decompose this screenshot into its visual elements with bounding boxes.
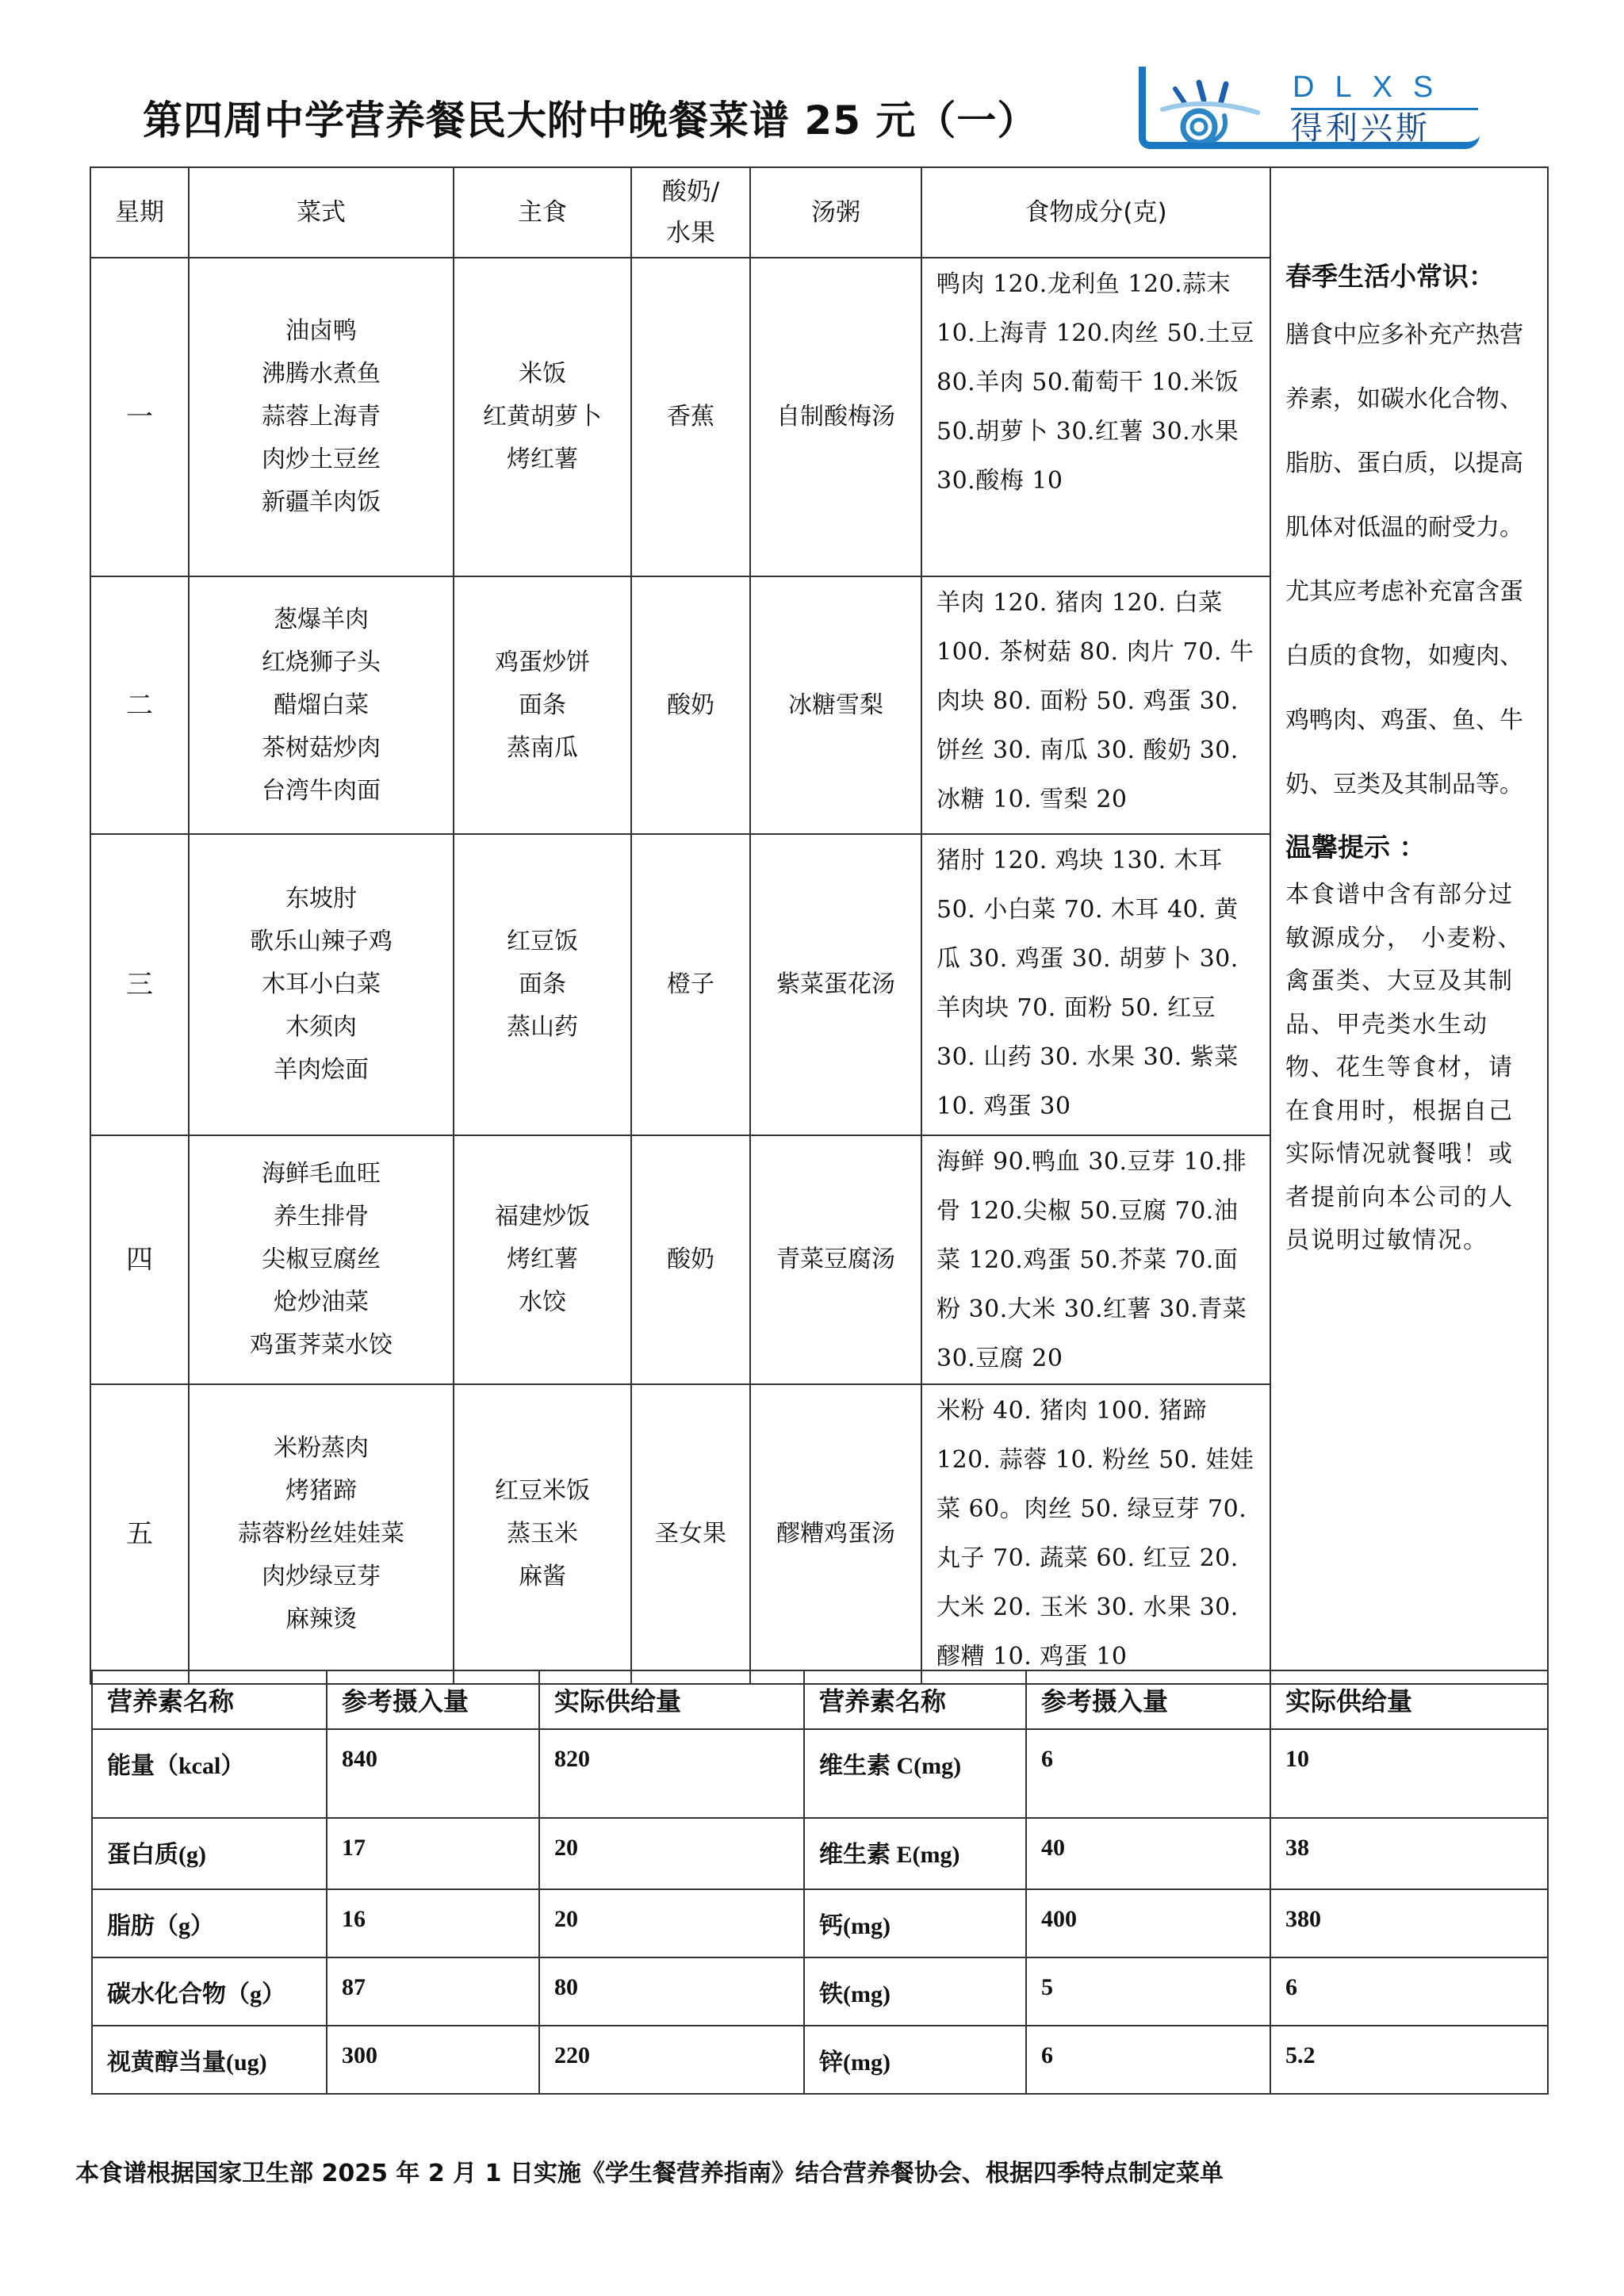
actual-value: 38: [1270, 1818, 1548, 1889]
dishes-cell: 葱爆羊肉 红烧狮子头 醋熘白菜 茶树菇炒肉 台湾牛肉面: [189, 576, 454, 834]
day-cell: 三: [90, 834, 189, 1135]
company-logo: DLXS 得利兴斯: [1134, 63, 1487, 152]
nutrient-name-text: 能量（kcal）: [107, 1730, 326, 1781]
actual-value-text: 80: [554, 1958, 803, 2001]
logo-text-cn: 得利兴斯: [1291, 111, 1431, 146]
dish-item: 炝炒油菜: [190, 1281, 453, 1324]
nutrient-name-text: 钙(mg): [819, 1890, 1025, 1941]
actual-value-text: 10: [1285, 1730, 1547, 1773]
nutrition-row: 脂肪（g） 16 20 钙(mg) 400 380: [92, 1889, 1548, 1957]
ingredients-cell: 米粉 40. 猪肉 100. 猪蹄 120. 蒜蓉 10. 粉丝 50. 娃娃菜…: [921, 1384, 1270, 1684]
actual-value: 220: [539, 2026, 804, 2094]
spring-tips-title: 春季生活小常识：: [1285, 254, 1536, 300]
day-cell: 五: [90, 1384, 189, 1684]
header-reference-intake: 参考摄入量: [1026, 1670, 1270, 1729]
nutrient-name: 钙(mg): [804, 1889, 1026, 1957]
header-yogurt-fruit-line1: 酸奶/: [632, 171, 749, 212]
nutrient-name-text: 碳水化合物（g）: [107, 1958, 326, 2009]
dish-item: 葱爆羊肉: [190, 599, 453, 641]
reference-value: 6: [1026, 1729, 1270, 1818]
side-notes: 春季生活小常识： 膳食中应多补充产热营养素，如碳水化合物、脂肪、蛋白质，以提高肌…: [1270, 167, 1548, 1684]
staple-cell: 红豆饭 面条 蒸山药: [454, 834, 631, 1135]
reference-value-text: 6: [1041, 1730, 1270, 1773]
reference-value: 40: [1026, 1818, 1270, 1889]
dish-item: 肉炒土豆丝: [190, 438, 453, 481]
dish-item: 木耳小白菜: [190, 963, 453, 1006]
reference-value-text: 840: [342, 1730, 538, 1773]
dish-item: 茶树菇炒肉: [190, 727, 453, 770]
nutrient-name: 铁(mg): [804, 1957, 1026, 2026]
header-actual-supply: 实际供给量: [1270, 1670, 1548, 1729]
dishes-cell: 海鲜毛血旺 养生排骨 尖椒豆腐丝 炝炒油菜 鸡蛋荠菜水饺: [189, 1135, 454, 1384]
dish-item: 醋熘白菜: [190, 684, 453, 727]
actual-value: 80: [539, 1957, 804, 2026]
ingredients-cell: 羊肉 120. 猪肉 120. 白菜 100. 茶树菇 80. 肉片 70. 牛…: [921, 576, 1270, 834]
fruit-cell: 橙子: [631, 834, 750, 1135]
staple-item: 红豆饭: [454, 920, 630, 963]
dish-item: 尖椒豆腐丝: [190, 1238, 453, 1281]
dish-item: 鸡蛋荠菜水饺: [190, 1324, 453, 1367]
nutrient-name: 维生素 C(mg): [804, 1729, 1026, 1818]
dish-item: 木须肉: [190, 1006, 453, 1049]
staple-item: 福建炒饭: [454, 1196, 630, 1238]
staple-cell: 红豆米饭 蒸玉米 麻酱: [454, 1384, 631, 1684]
reference-value: 6: [1026, 2026, 1270, 2094]
reference-value-text: 40: [1041, 1819, 1270, 1862]
staple-item: 蒸山药: [454, 1006, 630, 1049]
actual-value: 820: [539, 1729, 804, 1818]
staple-item: 蒸玉米: [454, 1513, 630, 1556]
staple-item: 米饭: [454, 353, 630, 396]
soup-cell: 自制酸梅汤: [750, 258, 921, 576]
actual-value: 20: [539, 1818, 804, 1889]
nutrition-row: 碳水化合物（g） 87 80 铁(mg) 5 6: [92, 1957, 1548, 2026]
reference-value-text: 87: [342, 1958, 538, 2001]
nutrient-name: 锌(mg): [804, 2026, 1026, 2094]
actual-value-text: 20: [554, 1819, 803, 1862]
page-title: 第四周中学营养餐民大附中晚餐菜谱 25 元（一）: [143, 89, 1037, 146]
nutrient-name: 脂肪（g）: [92, 1889, 327, 1957]
menu-header-row: 星期 菜式 主食 酸奶/ 水果 汤粥 食物成分(克) 春季生活小常识： 膳食中应…: [90, 167, 1548, 258]
header-actual-supply: 实际供给量: [539, 1670, 804, 1729]
dish-item: 油卤鸭: [190, 310, 453, 353]
staple-item: 面条: [454, 963, 630, 1006]
header-yogurt-fruit-line2: 水果: [632, 212, 749, 254]
staple-cell: 米饭 红黄胡萝卜 烤红薯: [454, 258, 631, 576]
actual-value: 6: [1270, 1957, 1548, 2026]
header-dishes: 菜式: [189, 167, 454, 258]
staple-item: 烤红薯: [454, 438, 630, 481]
day-cell: 一: [90, 258, 189, 576]
reference-value-text: 300: [342, 2026, 538, 2069]
reference-value: 400: [1026, 1889, 1270, 1957]
nutrient-name: 蛋白质(g): [92, 1818, 327, 1889]
nutrient-name: 视黄醇当量(ug): [92, 2026, 327, 2094]
eye-swirl-icon: [1158, 75, 1261, 143]
dish-item: 蒜蓉粉丝娃娃菜: [190, 1513, 453, 1556]
nutrient-name: 能量（kcal）: [92, 1729, 327, 1818]
actual-value-text: 38: [1285, 1819, 1547, 1862]
day-cell: 四: [90, 1135, 189, 1384]
dish-item: 海鲜毛血旺: [190, 1153, 453, 1196]
soup-cell: 醪糟鸡蛋汤: [750, 1384, 921, 1684]
actual-value: 20: [539, 1889, 804, 1957]
header-nutrient-name: 营养素名称: [92, 1670, 327, 1729]
header-reference-intake: 参考摄入量: [327, 1670, 539, 1729]
reference-value-text: 5: [1041, 1958, 1270, 2001]
reference-value: 840: [327, 1729, 539, 1818]
fruit-cell: 圣女果: [631, 1384, 750, 1684]
dishes-cell: 油卤鸭 沸腾水煮鱼 蒜蓉上海青 肉炒土豆丝 新疆羊肉饭: [189, 258, 454, 576]
ingredients-cell: 鸭肉 120.龙利鱼 120.蒜末 10.上海青 120.肉丝 50.土豆 80…: [921, 258, 1270, 576]
staple-item: 红豆米饭: [454, 1470, 630, 1513]
actual-value-text: 20: [554, 1890, 803, 1933]
staple-cell: 福建炒饭 烤红薯 水饺: [454, 1135, 631, 1384]
logo-text-en: DLXS: [1293, 70, 1477, 105]
dish-item: 新疆羊肉饭: [190, 481, 453, 524]
header-nutrient-name: 营养素名称: [804, 1670, 1026, 1729]
nutrient-name-text: 维生素 C(mg): [819, 1730, 1025, 1781]
allergy-tips-title: 温馨提示 ：: [1285, 825, 1536, 871]
reference-value-text: 400: [1041, 1890, 1270, 1933]
soup-cell: 冰糖雪梨: [750, 576, 921, 834]
nutrition-header-row: 营养素名称 参考摄入量 实际供给量 营养素名称 参考摄入量 实际供给量: [92, 1670, 1548, 1729]
dish-item: 红烧狮子头: [190, 641, 453, 684]
reference-value: 300: [327, 2026, 539, 2094]
nutrient-name: 碳水化合物（g）: [92, 1957, 327, 2026]
staple-cell: 鸡蛋炒饼 面条 蒸南瓜: [454, 576, 631, 834]
dish-item: 沸腾水煮鱼: [190, 353, 453, 396]
actual-value: 5.2: [1270, 2026, 1548, 2094]
actual-value-text: 220: [554, 2026, 803, 2069]
nutrient-name: 维生素 E(mg): [804, 1818, 1026, 1889]
dish-item: 麻辣烫: [190, 1598, 453, 1641]
staple-item: 水饺: [454, 1281, 630, 1324]
dish-item: 东坡肘: [190, 878, 453, 920]
nutrient-name-text: 锌(mg): [819, 2026, 1025, 2077]
fruit-cell: 香蕉: [631, 258, 750, 576]
header-staple: 主食: [454, 167, 631, 258]
nutrition-table: 营养素名称 参考摄入量 实际供给量 营养素名称 参考摄入量 实际供给量 能量（k…: [91, 1670, 1549, 2095]
dish-item: 蒜蓉上海青: [190, 396, 453, 438]
weekly-menu-table: 星期 菜式 主食 酸奶/ 水果 汤粥 食物成分(克) 春季生活小常识： 膳食中应…: [90, 166, 1549, 1685]
dish-item: 养生排骨: [190, 1196, 453, 1238]
header-yogurt-fruit: 酸奶/ 水果: [631, 167, 750, 258]
dish-item: 肉炒绿豆芽: [190, 1556, 453, 1598]
day-cell: 二: [90, 576, 189, 834]
nutrition-row: 视黄醇当量(ug) 300 220 锌(mg) 6 5.2: [92, 2026, 1548, 2094]
reference-value: 5: [1026, 1957, 1270, 2026]
actual-value-text: 6: [1285, 1958, 1547, 2001]
soup-cell: 青菜豆腐汤: [750, 1135, 921, 1384]
dishes-cell: 米粉蒸肉 烤猪蹄 蒜蓉粉丝娃娃菜 肉炒绿豆芽 麻辣烫: [189, 1384, 454, 1684]
reference-value-text: 16: [342, 1890, 538, 1933]
nutrition-row: 能量（kcal） 840 820 维生素 C(mg) 6 10: [92, 1729, 1548, 1818]
fruit-cell: 酸奶: [631, 1135, 750, 1384]
nutrient-name-text: 维生素 E(mg): [819, 1819, 1025, 1869]
dish-item: 羊肉烩面: [190, 1049, 453, 1092]
nutrient-name-text: 铁(mg): [819, 1958, 1025, 2009]
actual-value-text: 820: [554, 1730, 803, 1773]
header-soup: 汤粥: [750, 167, 921, 258]
nutrition-row: 蛋白质(g) 17 20 维生素 E(mg) 40 38: [92, 1818, 1548, 1889]
actual-value-text: 380: [1285, 1890, 1547, 1933]
staple-item: 鸡蛋炒饼: [454, 641, 630, 684]
header-ingredients: 食物成分(克): [921, 167, 1270, 258]
dish-item: 米粉蒸肉: [190, 1427, 453, 1470]
dish-item: 歌乐山辣子鸡: [190, 920, 453, 963]
header-day: 星期: [90, 167, 189, 258]
staple-item: 面条: [454, 684, 630, 727]
reference-value-text: 17: [342, 1819, 538, 1862]
actual-value: 380: [1270, 1889, 1548, 1957]
footer-note: 本食谱根据国家卫生部 2025 年 2 月 1 日实施《学生餐营养指南》结合营养…: [75, 2153, 1224, 2188]
nutrient-name-text: 视黄醇当量(ug): [107, 2026, 326, 2077]
spring-tips-text: 膳食中应多补充产热营养素，如碳水化合物、脂肪、蛋白质，以提高肌体对低温的耐受力。…: [1285, 303, 1536, 817]
nutrient-name-text: 脂肪（g）: [107, 1890, 326, 1941]
reference-value: 16: [327, 1889, 539, 1957]
staple-item: 烤红薯: [454, 1238, 630, 1281]
allergy-tips-text: 本食谱中含有部分过敏源成分， 小麦粉、禽蛋类、大豆及其制品、甲壳类水生动物、花生…: [1285, 874, 1536, 1263]
ingredients-cell: 猪肘 120. 鸡块 130. 木耳 50. 小白菜 70. 木耳 40. 黄瓜…: [921, 834, 1270, 1135]
dish-item: 烤猪蹄: [190, 1470, 453, 1513]
reference-value: 87: [327, 1957, 539, 2026]
soup-cell: 紫菜蛋花汤: [750, 834, 921, 1135]
reference-value: 17: [327, 1818, 539, 1889]
nutrient-name-text: 蛋白质(g): [107, 1819, 326, 1869]
actual-value-text: 5.2: [1285, 2026, 1547, 2069]
reference-value-text: 6: [1041, 2026, 1270, 2069]
staple-item: 蒸南瓜: [454, 727, 630, 770]
staple-item: 红黄胡萝卜: [454, 396, 630, 438]
actual-value: 10: [1270, 1729, 1548, 1818]
fruit-cell: 酸奶: [631, 576, 750, 834]
ingredients-cell: 海鲜 90.鸭血 30.豆芽 10.排骨 120.尖椒 50.豆腐 70.油菜 …: [921, 1135, 1270, 1384]
staple-item: 麻酱: [454, 1556, 630, 1598]
dish-item: 台湾牛肉面: [190, 770, 453, 813]
dishes-cell: 东坡肘 歌乐山辣子鸡 木耳小白菜 木须肉 羊肉烩面: [189, 834, 454, 1135]
